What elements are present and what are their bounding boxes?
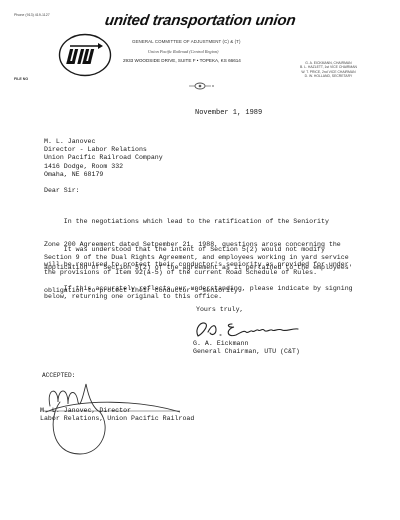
paragraph-3: If this accurately reflects our understa… (44, 285, 353, 300)
signer-title: General Chairman, UTU (C&T) (193, 348, 300, 356)
signer-name: G. A. Eickmann (193, 340, 300, 348)
union-name: united transportation union (104, 12, 297, 29)
closing: Yours truly, (196, 306, 243, 313)
acceptor-name: M. L. Janovec, Director (40, 407, 194, 415)
recipient-line: 1416 Dodge, Room 332 (44, 163, 163, 171)
signer-block: G. A. Eickmann General Chairman, UTU (C&… (193, 340, 300, 355)
signature-eickmann-icon (192, 318, 322, 342)
paragraph-line: the provisions of Item 92(a-5) of the cu… (44, 269, 349, 277)
paragraph-line: will be required to protect their conduc… (44, 261, 349, 269)
acceptor-title: Labor Relations, Union Pacific Railroad (40, 415, 194, 423)
recipient-line: Director - Labor Relations (44, 146, 163, 154)
acceptor-block: M. L. Janovec, Director Labor Relations,… (40, 407, 194, 423)
recipient-line: M. L. Janovec (44, 138, 163, 146)
union-bug-icon (187, 77, 217, 85)
utu-logo-icon (58, 33, 112, 77)
recipient-address: M. L. Janovec Director - Labor Relations… (44, 138, 163, 179)
union-address: 2933 WOODSIDE DRIVE, SUITE F • TOPEKA, K… (123, 58, 241, 63)
letter-date: November 1, 1989 (195, 109, 262, 117)
officer: D. W. HOLLAND, SECRETARY (300, 74, 357, 78)
committee-name: GENERAL COMMITTEE OF ADJUSTMENT (C) & (T… (132, 39, 241, 44)
salutation: Dear Sir: (44, 187, 80, 194)
recipient-line: Omaha, NE 68179 (44, 171, 163, 179)
railroad-region: Union Pacific Railroad (Central Region) (148, 49, 219, 54)
paragraph-line: below, returning one original to this of… (44, 293, 353, 301)
paragraph-line: Section 9 of the Dual Rights Agreement, … (44, 254, 349, 262)
officer: B. L. HAZLETT, 1st VICE CHAIRMAN (300, 65, 357, 69)
phone-number: Phone (913) 419-1127 (14, 13, 50, 17)
paragraph-2: It was understood that the intent of Sec… (44, 246, 349, 276)
paragraph-line: It was understood that the intent of Sec… (44, 246, 349, 254)
paragraph-line: In the negotiations which lead to the ra… (44, 218, 353, 226)
officers-list: G. A. EICKMANN, CHAIRMAN B. L. HAZLETT, … (300, 61, 357, 78)
recipient-line: Union Pacific Railroad Company (44, 154, 163, 162)
file-number-label: FILE NO (14, 77, 28, 81)
paragraph-line: If this accurately reflects our understa… (44, 285, 353, 293)
